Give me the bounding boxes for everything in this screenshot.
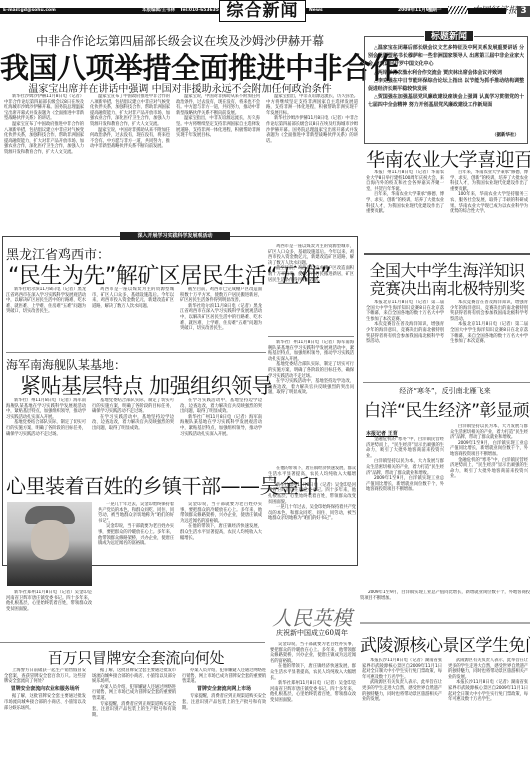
jixi-body-col-2: 鸡西市是一座以煤炭为主的资源型城市，矿区人口众多，基础设施落后。今年以来，鸡西市…: [92, 287, 174, 333]
condom-body-col-3: 办案人员介绍，犯罪嫌疑人还通过网络进行销售，网上市场已成为冒牌安全套的重要销售渠…: [182, 668, 266, 762]
baiyang-headline: 白洋“民生经济”彰显顽强生命力: [364, 396, 530, 421]
scau-body-col-1: 本报广州11月8日电（记者）华南农业大学8日举行建校100周年庆祝大会。来自海内…: [366, 170, 444, 250]
masthead-weekday: 星期一: [428, 8, 442, 14]
divider: [0, 642, 265, 643]
condom-headline: 百万只冒牌安全套流向何处: [6, 647, 266, 668]
ocean-body-col-2: 本次竞赛旨在普及海洋知识，增强青少年的海洋意识，竞赛决出的南北极特别奖获得者将有…: [450, 300, 528, 380]
ocean-headline-line-1: 全国大中学生海洋知识: [366, 262, 528, 280]
condom-subhead-2: 冒牌安全套流向网上市场: [182, 687, 266, 693]
headline-item[interactable]: △李克强在中日节能环保综合论坛上指出 以节能为抓手推动结构调整 促进经济长期平稳…: [368, 77, 524, 93]
wu-body-col-2: 一晃几十年过去，吴金印始终保持着共产党员的本色，和群众同吃、同住、同劳动，被当地…: [98, 502, 174, 634]
wulingyuan-headline: 武陵源核心景区学生免门票: [360, 631, 530, 656]
wu-body-col-1: 新华社郑州11月8日电（记者）吴金印是河南省卫辉市唐庄镇党委书记。四十多年来，他…: [6, 590, 92, 634]
wu-body-col-4: 在他的带领下，唐庄镇经济快速发展，群众生活水平显著提高，农民人均纯收入大幅增长。…: [268, 466, 356, 598]
ocean-headline-line-2: 竞赛决出南北极特别奖: [366, 280, 528, 298]
wulingyuan-body-col-1: 本报长沙11月8日电（记者）湖南省张家界市武陵源核心景区自2009年11月1日起…: [362, 658, 442, 762]
wulingyuan-body-col-2: 武陵源区有关负责人表示，此举旨在让更多的学生走进大自然，感受世界自然遗产的独特魅…: [448, 658, 528, 762]
lead-body-col-1: 新华社沙姆沙伊赫11月8日电（记者）中非合作论坛第四届部长级会议8日在埃及红海城…: [4, 94, 84, 206]
condom-subhead-1: 冒牌安全套流向农业和服务场所: [4, 687, 86, 693]
lead-subheadline: 温家宝出席并在讲话中强调 中国对非援助永远不会附加任何政治条件: [10, 80, 350, 95]
jixi-body-col-3: 截至目前，鸡西市已完成棚户区改造面积数十万平方米，使数万户居民搬进新居，矿区居民…: [180, 287, 262, 333]
headline-item[interactable]: △温家宝在闭幕后部长级会议文艺多特征及中阿关系发展重要讲话 分别会见阿盟秘书长穆…: [368, 44, 524, 69]
jixi-body-col-4: 鸡西市是一座以煤炭为主的资源型城市，矿区人口众多，基础设施落后。今年以来，鸡西市…: [268, 244, 354, 334]
headlines-list: △温家宝在闭幕后部长级会议文艺多特征及中阿关系发展重要讲话 分别会见阿盟秘书长穆…: [368, 44, 524, 140]
headlines-source: （据新华社）: [492, 132, 519, 138]
navy-body-col-3: 在学习实践活动中，基地坚持边学边改、边查边改，着力解决官兵反映强烈的突出问题，取…: [180, 398, 262, 462]
section-title: 综合新闻: [219, 0, 306, 22]
headline-item[interactable]: △两岸举行农渔水利合作交流会 贾庆林出席会体会议并致词: [368, 69, 524, 77]
headline-item[interactable]: △贺国强在加强基层党风廉政建设座谈会上强调 认真学习贯彻党的十七届四中全会精神 …: [368, 93, 524, 109]
navy-headline: 紧贴基层特点 加强组织领导: [20, 370, 260, 400]
feature-banner: 深入开展学习实践科学发展观活动: [120, 232, 230, 240]
wu-body-continued: 吴金印说，当干部就要为老百姓办实事，要把群众的冷暖放在心上。多年来，他带领群众修…: [270, 642, 356, 762]
lead-body-col-4: 温家宝指出，中非友谊源远流长，历久弥坚。中方将继续坚定支持非洲国家自主选择发展道…: [266, 94, 358, 206]
baiyang-body-col-2: 白洋镇坚持以民为本，大力发展与群众生活密切相关的产业，着力打造“民生经济”品牌，…: [450, 424, 528, 587]
baiyang-byline: 本报记者 王育: [366, 430, 398, 437]
people-hero-logo: 人民英模: [268, 602, 356, 631]
divider: [360, 622, 530, 624]
jixi-body-col-1: 新华社哈尔滨11月8日电（记者）黑龙江省鸡西市在深入学习实践科学发展观活动中，以…: [6, 287, 86, 333]
navy-body-col-2: 基地党委结合部队实际，制定了切实可行的实施方案，明确了各阶段的目标任务，确保学习…: [92, 398, 174, 462]
masthead-stripes-icon: [448, 6, 468, 14]
face-shape: [31, 520, 69, 560]
lead-body-col-3: 温家宝说，中国对非援助从来不附加任何政治条件，过去没有，现在没有，将来也不会有。…: [176, 94, 260, 206]
wu-portrait-photo: [7, 502, 92, 586]
people-hero-subtitle: 庆祝新中国成立60周年: [268, 628, 356, 638]
baiyang-body-col-1: 金融危机的“寒冬”中，白洋镇民营经济逆势而上，“民生经济”显示出顽强的生命力，吸…: [366, 437, 444, 587]
divider: [6, 352, 266, 353]
masthead-editor: 本版编辑/王书林: [142, 8, 175, 14]
wu-headline: 心里装着百姓的乡镇干部——吴金印: [6, 470, 266, 499]
divider: [363, 382, 530, 383]
divider: [268, 336, 354, 337]
condom-body-col-2: 据了解，这批冒牌安全套主要通过批发市场流向城乡接合部的小商店、小旅馆以及部分娱乐…: [92, 668, 176, 762]
divider: [364, 253, 530, 255]
ocean-body-col-1: 本报北京11月8日电（记者）第二届全国大中学生海洋知识竞赛8日在北京落下帷幕，来…: [366, 300, 444, 380]
scau-body-col-2: 百年来，华南农业大学秉承“修德、博学、求实、创新”的校训，培养了大批农业科技人才…: [450, 170, 528, 250]
lead-body-col-2: 温家宝宣布了中国政府推进中非合作的八项新举措，包括倡议建立中非应对气候变化伙伴关…: [90, 94, 170, 206]
ocean-headline: 全国大中学生海洋知识 竞赛决出南北极特别奖: [366, 262, 528, 298]
navy-body-col-1: 新华社广州11月8日电（记者）海军南海舰队某基地在学习实践科学发展观活动中，紧贴…: [6, 398, 86, 462]
navy-body-col-4: 新华社广州11月8日电（记者）海军南海舰队某基地在学习实践科学发展观活动中，紧贴…: [268, 340, 354, 462]
condom-body-col-1: 上海警方日前破获一起生产销售假冒安全套案，查获冒牌安全套百余万只。这些冒牌安全套…: [4, 668, 86, 762]
paper-logo: 中国经济报: [472, 3, 517, 16]
baiyang-body-continued: 2009年1至9月，白洋镇实现工业总产值同比增长，新增就业岗位数千个，外地客商投…: [360, 590, 530, 622]
scau-headline: 华南农业大学喜迎百年华诞: [366, 145, 528, 172]
jixi-headline: “民生为先”解矿区居民生活“五难”: [8, 259, 268, 290]
masthead-news-label: News: [309, 8, 323, 14]
page-number: 3: [517, 6, 530, 17]
masthead-email: E-mail:gd@sohu.com: [3, 8, 56, 14]
baiyang-kicker: 经济“寒冬”，反引南北雁飞来: [360, 386, 530, 396]
headlines-box-title: 标题新闻: [424, 30, 474, 42]
wu-body-col-3: 吴金印说，当干部就要为老百姓办实事，要把群众的冷暖放在心上。多年来，他带领群众修…: [180, 502, 262, 634]
